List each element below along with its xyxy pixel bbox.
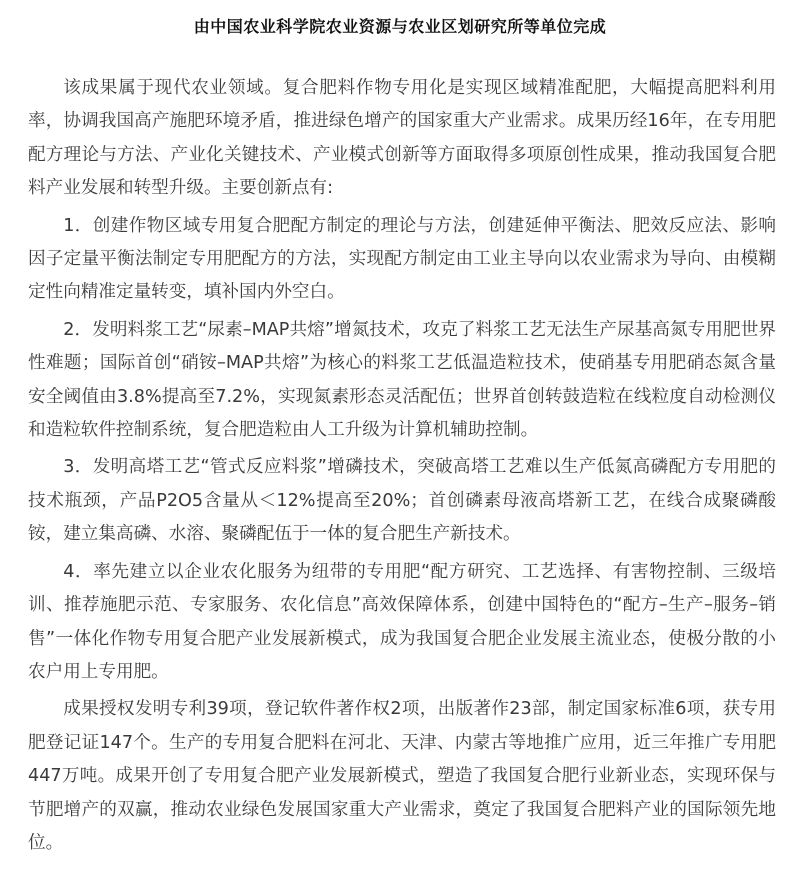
document-page: 由中国农业科学院农业资源与农业区划研究所等单位完成 该成果属于现代农业领域。复合… — [0, 0, 800, 876]
paragraph-outcomes: 成果授权发明专利39项，登记软件著作权2项，出版著作23部，制定国家标准6项，获… — [28, 693, 776, 860]
paragraph-intro: 该成果属于现代农业领域。复合肥料作物专用化是实现区域精准配肥，大幅提高肥料利用率… — [28, 72, 776, 206]
paragraph-innovation-point-2: 2．发明料浆工艺“尿素–MAP共熔”增氮技术，攻克了料浆工艺无法生产尿基高氮专用… — [28, 314, 776, 448]
paragraph-innovation-point-4: 4．率先建立以企业农化服务为纽带的专用肥“配方研究、工艺选择、有害物控制、三级培… — [28, 556, 776, 690]
paragraph-innovation-point-1: 1．创建作物区域专用复合肥配方制定的理论与方法，创建延伸平衡法、肥效反应法、影响… — [28, 210, 776, 310]
paragraph-innovation-point-3: 3．发明高塔工艺“管式反应料浆”增磷技术，突破高塔工艺难以生产低氮高磷配方专用肥… — [28, 451, 776, 551]
document-body: 该成果属于现代农业领域。复合肥料作物专用化是实现区域精准配肥，大幅提高肥料利用率… — [28, 72, 776, 864]
document-title: 由中国农业科学院农业资源与农业区划研究所等单位完成 — [0, 16, 800, 38]
